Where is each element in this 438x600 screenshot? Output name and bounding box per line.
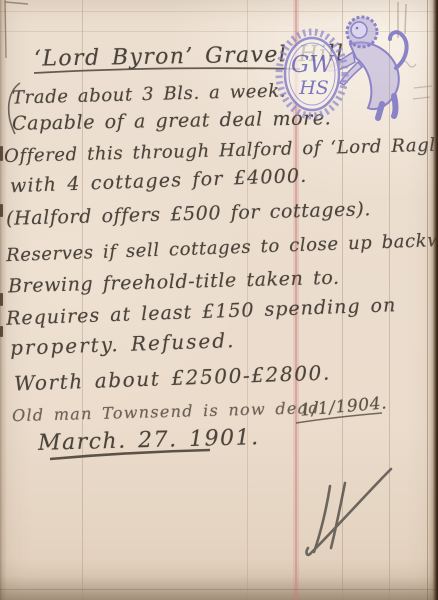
handwritten-line: Offered this through Halford of ‘Lord Ra… (4, 134, 438, 167)
binding-edge-dash (0, 204, 3, 217)
handwritten-line: (Halford offers £500 for cottages). (6, 198, 371, 230)
ledger-page: ‘Lord Byron’ Gravel Hill Trade about 3 B… (0, 0, 438, 600)
monogram-badge: GW HS (279, 32, 345, 116)
monogram-bottom-letters: HS (298, 77, 329, 99)
handwritten-line: Reserves if sell cottages to close up ba… (6, 229, 438, 266)
lh-flourish-mark (307, 469, 391, 555)
handwritten-line: with 4 cottages for £4000. (10, 165, 308, 197)
handwritten-line: Trade about 3 Bls. a week. (12, 80, 287, 108)
corner-frame-line (5, 0, 28, 58)
binding-edge-dash (0, 293, 3, 306)
handwritten-note-line: Old man Townsend is now dead. (12, 398, 327, 425)
binding-edge-dash (0, 146, 3, 161)
handwritten-line: Requires at least £150 spending on (6, 294, 397, 330)
binding-edge-dash (0, 326, 3, 337)
handwritten-line: property. Refused. (10, 328, 236, 360)
monogram-top-letters: GW (291, 52, 335, 78)
handwritten-footer-date: March. 27. 1901. (38, 425, 260, 456)
page-right-edge (428, 0, 438, 600)
handwritten-line: Brewing freehold-title taken to. (8, 267, 340, 298)
gwhs-stamp: GW HS (274, 10, 414, 122)
page-bottom-edge-line (0, 589, 438, 590)
handwritten-line: Worth about £2500-£2800. (14, 360, 332, 395)
